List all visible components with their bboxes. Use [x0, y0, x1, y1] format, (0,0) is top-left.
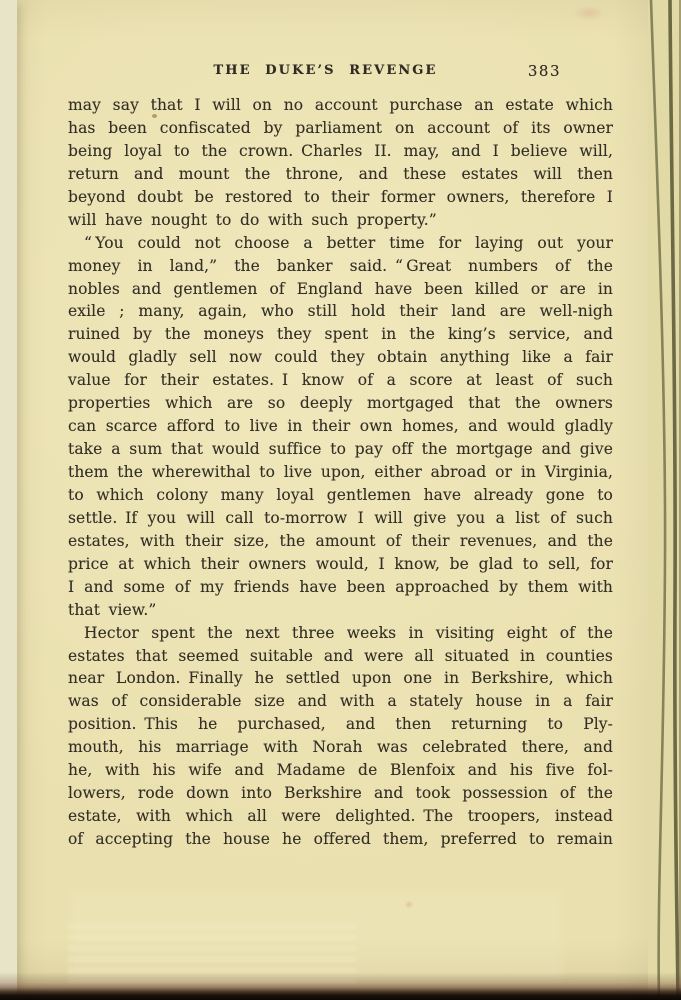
text-line: them the wherewithal to live upon, eithe…: [68, 461, 613, 484]
text-line: take a sum that would suffice to pay off…: [68, 438, 613, 461]
text-line: ruined by the moneys they spent in the k…: [68, 323, 613, 346]
text-line: was of considerable size and with a stat…: [68, 690, 613, 713]
text-line: Hector spent the next three weeks in vis…: [68, 622, 613, 645]
text-line: beyond doubt be restored to their former…: [68, 186, 613, 209]
text-line: will have nought to do with such propert…: [68, 209, 613, 232]
text-line: nobles and gentlemen of England have bee…: [68, 278, 613, 301]
text-line: of accepting the house he offered them, …: [68, 828, 613, 851]
paragraph: may say that I will on no account purcha…: [68, 94, 613, 232]
text-line: near London. Finally he settled upon one…: [68, 667, 613, 690]
text-line: estates, with their size, the amount of …: [68, 530, 613, 553]
text-line: I and some of my friends have been appro…: [68, 576, 613, 599]
paper-speck: [406, 902, 412, 907]
text-line: lowers, rode down into Berkshire and too…: [68, 782, 613, 805]
book-page-scan: THE DUKE’S REVENGE 383 may say that I wi…: [0, 0, 681, 1000]
text-line: value for their estates. I know of a sco…: [68, 369, 613, 392]
paper-smudge: [574, 6, 604, 20]
text-line: mouth, his marriage with Norah was celeb…: [68, 736, 613, 759]
text-line: would gladly sell now could they obtain …: [68, 346, 613, 369]
page-left-edge: [0, 0, 17, 1000]
text-line: exile ; many, again, who still hold thei…: [68, 300, 613, 323]
paragraph: Hector spent the next three weeks in vis…: [68, 622, 613, 851]
book-bottom-shadow: [0, 972, 681, 1000]
text-line: to which colony many loyal gentlemen hav…: [68, 484, 613, 507]
text-line: position. This he purchased, and then re…: [68, 713, 613, 736]
text-line: being loyal to the crown. Charles II. ma…: [68, 140, 613, 163]
text-line: estate, with which all were delighted. T…: [68, 805, 613, 828]
text-line: can scarce afford to live in their own h…: [68, 415, 613, 438]
paragraph: “ You could not choose a better time for…: [68, 232, 613, 622]
text-line: money in land,” the banker said. “ Great…: [68, 255, 613, 278]
page-right-edge-stack: [648, 0, 681, 1000]
text-line: may say that I will on no account purcha…: [68, 94, 613, 117]
running-title: THE DUKE’S REVENGE: [68, 63, 583, 78]
showthrough-streaks: [68, 924, 356, 984]
text-line: “ You could not choose a better time for…: [68, 232, 613, 255]
showthrough-patch: [70, 893, 562, 981]
text-block: may say that I will on no account purcha…: [68, 94, 613, 851]
text-line: return and mount the throne, and these e…: [68, 163, 613, 186]
text-line: properties which are so deeply mortgaged…: [68, 392, 613, 415]
text-line: price at which their owners would, I kno…: [68, 553, 613, 576]
page-header: THE DUKE’S REVENGE 383: [68, 62, 613, 82]
text-line: has been confiscated by parliament on ac…: [68, 117, 613, 140]
text-line: that view.”: [68, 599, 613, 622]
page-number: 383: [528, 62, 561, 80]
text-line: estates that seemed suitable and were al…: [68, 645, 613, 668]
text-line: he, with his wife and Madame de Blenfoix…: [68, 759, 613, 782]
text-line: settle. If you will call to-morrow I wil…: [68, 507, 613, 530]
